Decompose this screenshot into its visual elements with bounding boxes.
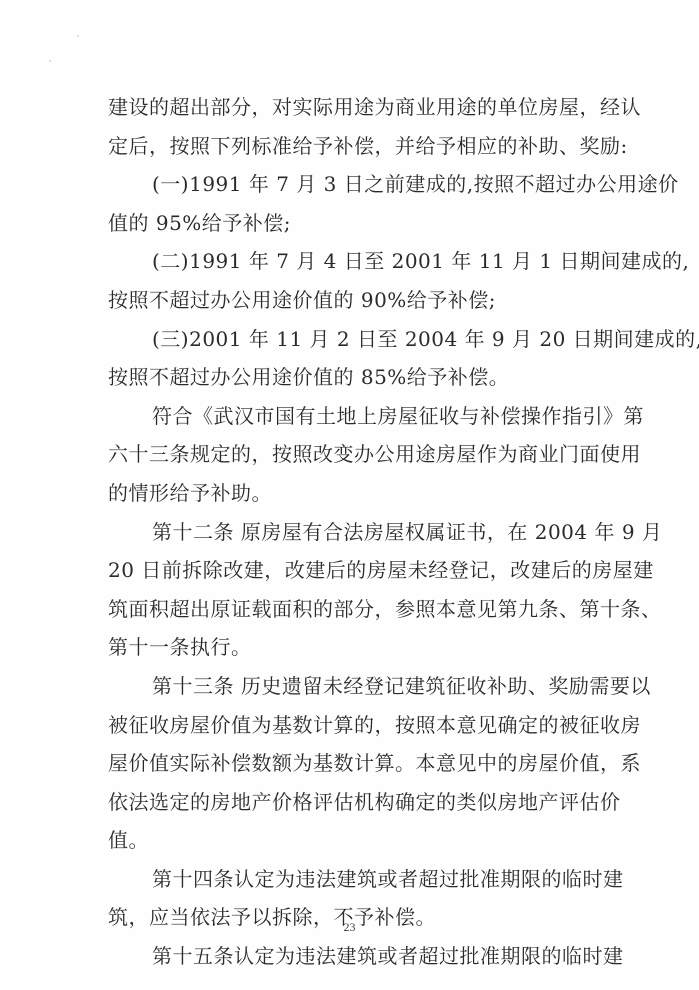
text-line: 依法选定的房地产价格评估机构确定的类似房地产评估价 bbox=[108, 783, 592, 822]
text-line: 第十四条认定为违法建筑或者超过批准期限的临时建 bbox=[108, 860, 592, 899]
text-line: (一)1991 年 7 月 3 日之前建成的,按照不超过办公用途价 bbox=[108, 165, 592, 204]
scan-speck bbox=[77, 35, 79, 37]
text-line: 六十三条规定的，按照改变办公用途房屋作为商业门面使用 bbox=[108, 435, 592, 474]
text-line: 屋价值实际补偿数额为基数计算。本意见中的房屋价值，系 bbox=[108, 744, 592, 783]
text-line: 定后，按照下列标准给予补偿，并给予相应的补助、奖励: bbox=[108, 127, 592, 166]
text-line: 第十三条 历史遗留未经登记建筑征收补助、奖励需要以 bbox=[108, 667, 592, 706]
text-line: 被征收房屋价值为基数计算的，按照本意见确定的被征收房 bbox=[108, 706, 592, 745]
text-line: 按照不超过办公用途价值的 90%给予补偿; bbox=[108, 281, 592, 320]
document-page: 建设的超出部分，对实际用途为商业用途的单位房屋，经认定后，按照下列标准给予补偿，… bbox=[0, 0, 699, 990]
text-line: 20 日前拆除改建，改建后的房屋未经登记，改建后的房屋建 bbox=[108, 551, 592, 590]
text-line: 符合《武汉市国有土地上房屋征收与补偿操作指引》第 bbox=[108, 397, 592, 436]
text-line: 值。 bbox=[108, 821, 592, 860]
scan-speck bbox=[49, 60, 51, 62]
text-line: 值的 95%给予补偿; bbox=[108, 204, 592, 243]
text-line: 第十一条执行。 bbox=[108, 628, 592, 667]
text-line: 第十五条认定为违法建筑或者超过批准期限的临时建 bbox=[108, 937, 592, 976]
text-line: 筑面积超出原证载面积的部分，参照本意见第九条、第十条、 bbox=[108, 590, 592, 629]
text-line: 按照不超过办公用途价值的 85%给予补偿。 bbox=[108, 358, 592, 397]
text-line: 的情形给予补助。 bbox=[108, 474, 592, 513]
text-line: (二)1991 年 7 月 4 日至 2001 年 11 月 1 日期间建成的, bbox=[108, 242, 592, 281]
text-line: 建设的超出部分，对实际用途为商业用途的单位房屋，经认 bbox=[108, 88, 592, 127]
text-line: (三)2001 年 11 月 2 日至 2004 年 9 月 20 日期间建成的… bbox=[108, 320, 592, 359]
body-text: 建设的超出部分，对实际用途为商业用途的单位房屋，经认定后，按照下列标准给予补偿，… bbox=[108, 88, 592, 976]
page-number: 23 bbox=[0, 920, 699, 935]
text-line: 第十二条 原房屋有合法房屋权属证书，在 2004 年 9 月 bbox=[108, 513, 592, 552]
